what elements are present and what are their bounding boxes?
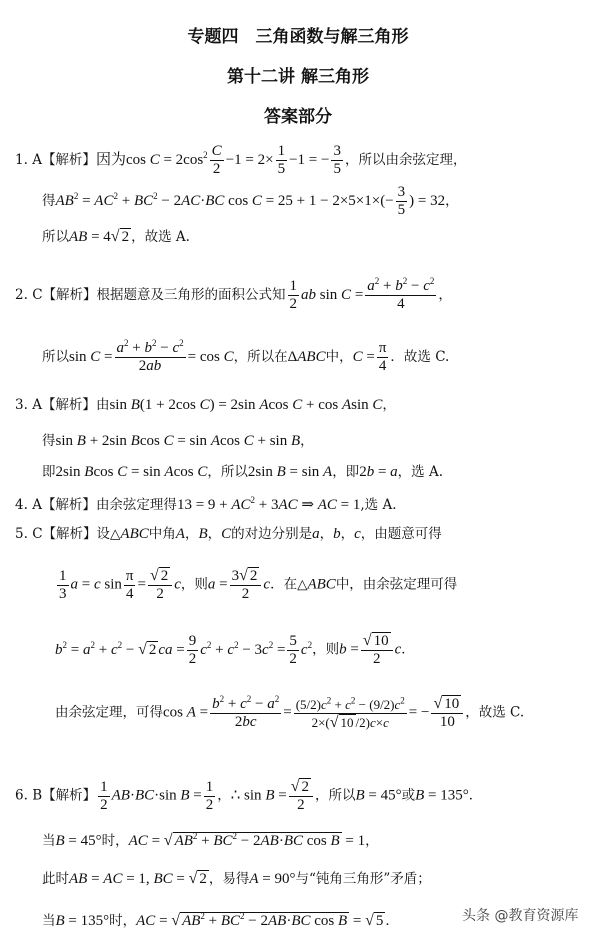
answer-section-heading: 答案部分 xyxy=(0,102,596,127)
analysis-tag: 【解析】 xyxy=(42,788,96,804)
answer-6-line-3: 此时AB = AC = 1, BC = √2，易得A = 90°与“钝角三角形”… xyxy=(42,870,431,888)
analysis-tag: 【解析】 xyxy=(43,526,97,542)
answer-number: 1. xyxy=(15,152,28,168)
analysis-tag: 【解析】 xyxy=(42,152,96,168)
document-title: 专题四 三角函数与解三角形 xyxy=(0,22,596,47)
answer-number: 4. xyxy=(15,497,28,513)
answer-choice: C xyxy=(32,287,42,303)
answer-5-line-3: b2 = a2 + c2 − √2ca =92c2 + c2 − 3c2 =52… xyxy=(55,632,415,668)
answer-choice: A xyxy=(32,497,42,513)
answer-number: 6. xyxy=(15,788,28,804)
lecture-subtitle: 第十二讲 解三角形 xyxy=(0,62,596,87)
answer-6-line-4: 当B = 135°时，AC = √AB2 + BC2 − 2AB·BC cos … xyxy=(42,912,399,930)
answer-6-line-1: 6. B【解析】12AB·BC·sin B =12，∴ sin B =√22，所… xyxy=(15,778,482,814)
answer-3-line-3: 即2sin Bcos C = sin Acos C，所以2sin B = sin… xyxy=(42,463,443,481)
answer-5-line-2: 13a = c sinπ4=√22c，则a =3√22c．在△ABC中，由余弦定… xyxy=(55,567,457,603)
answer-choice: A xyxy=(32,397,42,413)
answer-4-line-1: 4. A【解析】由余弦定理得13 = 9 + AC2 + 3AC ⇒ AC = … xyxy=(15,496,397,514)
analysis-tag: 【解析】 xyxy=(42,497,96,513)
answer-choice: B xyxy=(32,788,42,804)
answer-choice: A xyxy=(32,152,42,168)
answer-6-line-2: 当B = 45°时，AC = √AB2 + BC2 − 2AB·BC cos B… xyxy=(42,832,379,850)
answer-1-line-3: 所以AB = 4√2，故选 A. xyxy=(42,228,190,246)
answer-3-line-2: 得sin B + 2sin Bcos C = sin Acos C + sin … xyxy=(42,432,314,450)
analysis-tag: 【解析】 xyxy=(43,287,97,303)
answer-2-line-1: 2. C【解析】根据题意及三角形的面积公式知12ab sin C =a2 + b… xyxy=(15,278,452,313)
answer-1-line-1: 1. A【解析】因为cos C = 2cos2C2−1 = 2×15−1 = −… xyxy=(15,143,466,178)
answer-number: 2. xyxy=(15,287,28,303)
answer-2-line-2: 所以sin C =a2 + b2 − c22ab= cos C，所以在ΔABC中… xyxy=(42,340,449,375)
watermark: 头条 @教育资源库 xyxy=(462,905,578,925)
answer-1-line-2: 得AB2 = AC2 + BC2 − 2AC·BC cos C = 25 + 1… xyxy=(42,184,459,219)
answer-5-line-1: 5. C【解析】设△ABC中角A，B，C的对边分别是a，b，c，由题意可得 xyxy=(15,525,442,543)
answer-number: 3. xyxy=(15,397,28,413)
answer-3-line-1: 3. A【解析】由sin B(1 + 2cos C) = 2sin Acos C… xyxy=(15,396,396,414)
answer-number: 5. xyxy=(15,526,28,542)
answer-choice: C xyxy=(32,526,42,542)
analysis-tag: 【解析】 xyxy=(42,397,96,413)
answer-5-line-4: 由余弦定理，可得cos A =b2 + c2 − a22bc=(5/2)c2 +… xyxy=(55,695,524,731)
